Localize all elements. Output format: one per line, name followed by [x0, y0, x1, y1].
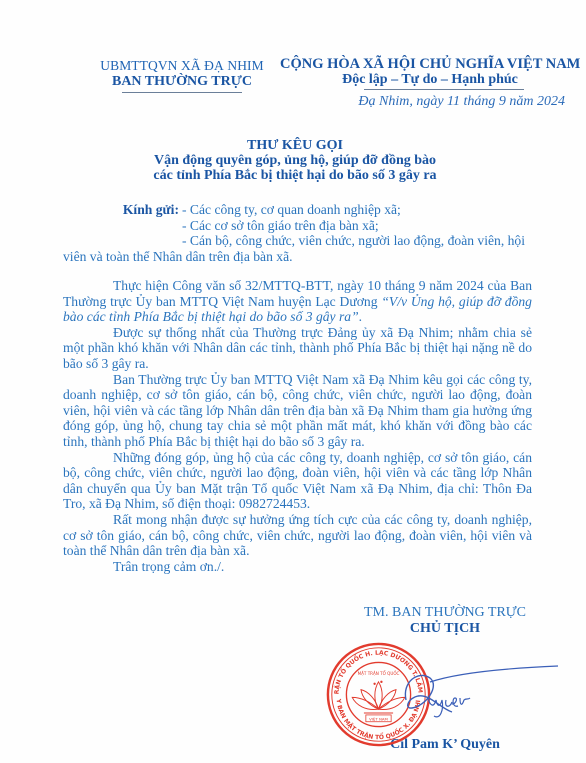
closing: Trân trọng cảm ơn./.: [63, 559, 532, 575]
subject-line-1: Vận động quyên góp, ủng hộ, giúp đỡ đồng…: [100, 153, 490, 168]
paragraph: Rất mong nhận được sự hưởng ứng tích cực…: [63, 512, 532, 559]
paragraph: Được sự thống nhất của Thường trực Đảng …: [63, 325, 532, 372]
recipients-label: Kính gửi:: [63, 202, 182, 218]
handwritten-signature-icon: [400, 662, 560, 722]
recipients: Kính gửi:- Các công ty, cơ quan doanh ng…: [63, 202, 533, 264]
signature-block: TM. BAN THƯỜNG TRỰC CHỦ TỊCH Cil Pam K’ …: [330, 605, 560, 637]
paragraph: Những đóng góp, ủng hộ của các công ty, …: [63, 450, 532, 512]
place-date: Đạ Nhim, ngày 11 tháng 9 năm 2024: [280, 93, 565, 110]
recipient-continuation: viên và toàn thể Nhân dân trên địa bàn x…: [63, 249, 293, 264]
national-motto: Độc lập – Tự do – Hạnh phúc: [330, 72, 530, 88]
paragraph: Thực hiện Công văn số 32/MTTQ-BTT, ngày …: [63, 278, 532, 325]
divider: [364, 89, 524, 90]
document-page: UBMTTQVN XÃ ĐẠ NHIM BAN THƯỜNG TRỰC CỘNG…: [0, 0, 586, 763]
signer-title: CHỦ TỊCH: [330, 621, 560, 637]
svg-text:MẶT TRẬN TỔ QUỐC: MẶT TRẬN TỔ QUỐC: [358, 671, 400, 676]
signer-role: TM. BAN THƯỜNG TRỰC: [330, 605, 560, 621]
department-name: BAN THƯỜNG TRỰC: [92, 74, 272, 90]
nation-title: CỘNG HÒA XÃ HỘI CHỦ NGHĨA VIỆT NAM: [280, 56, 580, 72]
divider: [122, 92, 242, 93]
document-title: THƯ KÊU GỌI Vận động quyên góp, ủng hộ, …: [100, 138, 490, 183]
doc-type: THƯ KÊU GỌI: [100, 138, 490, 153]
letter-body: Thực hiện Công văn số 32/MTTQ-BTT, ngày …: [63, 278, 532, 574]
issuing-organization: UBMTTQVN XÃ ĐẠ NHIM BAN THƯỜNG TRỰC: [92, 58, 272, 93]
paragraph: Ban Thường trực Ủy ban MTTQ Việt Nam xã …: [63, 372, 532, 450]
org-name: UBMTTQVN XÃ ĐẠ NHIM: [92, 58, 272, 74]
national-header: CỘNG HÒA XÃ HỘI CHỦ NGHĨA VIỆT NAM Độc l…: [280, 56, 580, 110]
recipient-item: - Cán bộ, công chức, viên chức, người la…: [182, 233, 525, 248]
subject-line-2: các tỉnh Phía Bắc bị thiệt hại do bão số…: [100, 168, 490, 183]
svg-text:VIỆT NAM: VIỆT NAM: [369, 716, 388, 721]
recipient-item: - Các cơ sở tôn giáo trên địa bàn xã;: [182, 218, 379, 233]
recipient-item: - Các công ty, cơ quan doanh nghiệp xã;: [182, 202, 401, 217]
